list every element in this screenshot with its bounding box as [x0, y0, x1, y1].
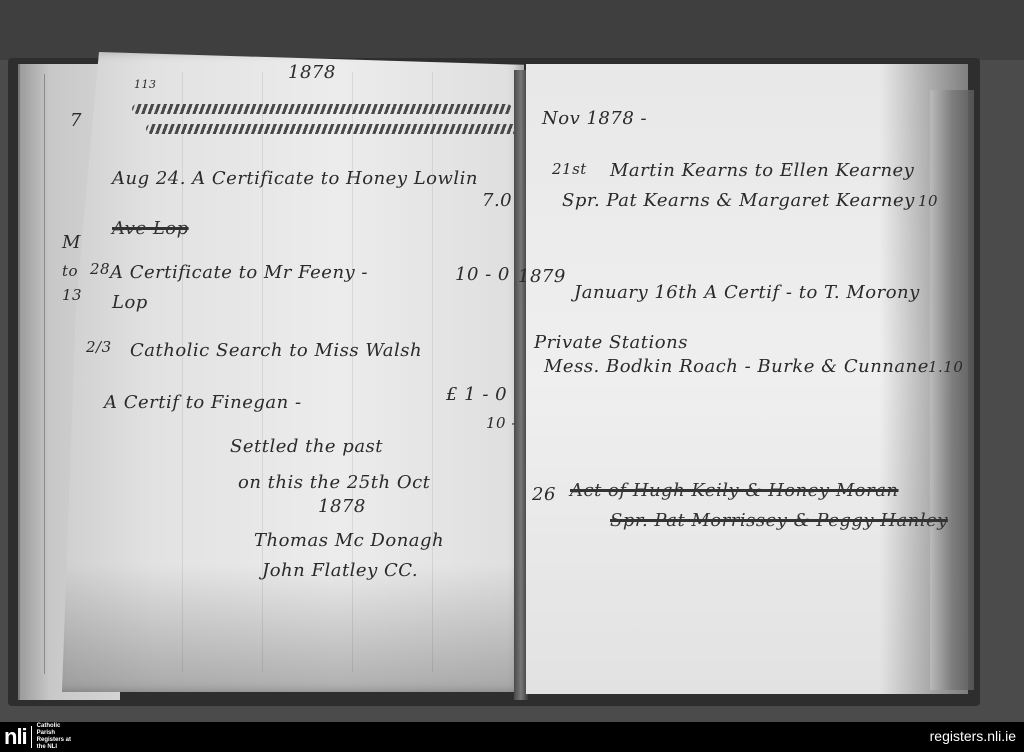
- entry-date: 21st: [552, 160, 587, 178]
- entry-text: Ave Lop: [112, 218, 189, 239]
- entry-year: 1879: [518, 266, 566, 287]
- entry-amount: 10 - 0: [455, 264, 510, 285]
- ruled-line: [262, 72, 263, 672]
- site-link[interactable]: registers.nli.ie: [930, 728, 1016, 744]
- settlement-year: 1878: [318, 496, 366, 517]
- entry-text: Aug 24. A Certificate to Honey Lowlin: [112, 168, 478, 189]
- footer-bar: nli Catholic Parish Registers at the NLI…: [0, 722, 1024, 752]
- year-heading: 1878: [288, 62, 336, 83]
- entry-text: Spr. Pat Morrissey & Peggy Hanley: [610, 510, 948, 531]
- margin-note: 13: [62, 286, 82, 304]
- logo-caption-line: Catholic Parish: [37, 723, 61, 736]
- right-register-page: [526, 64, 968, 694]
- entry-text: Act of Hugh Keily & Honey Moran: [570, 480, 899, 501]
- month-heading: Nov 1878 -: [542, 108, 647, 129]
- entry-amount: 10 -: [486, 414, 517, 432]
- entry-date: 28: [90, 260, 110, 278]
- logo-divider: [31, 726, 32, 748]
- viewer-top-band: [0, 0, 1024, 60]
- logo-caption-line: Registers at: [37, 737, 71, 743]
- entry-amount: 7.0: [482, 190, 512, 211]
- entry-text: Lop: [112, 292, 148, 313]
- signature: Thomas Mc Donagh: [254, 530, 444, 551]
- signature: John Flatley CC.: [262, 560, 418, 581]
- struck-entry: [146, 124, 522, 134]
- entry-amount: 10: [918, 192, 938, 210]
- logo-caption-line: the NLI: [37, 744, 57, 750]
- entry-text: January 16th A Certif - to T. Morony: [574, 282, 920, 303]
- entry-text: Martin Kearns to Ellen Kearney: [610, 160, 914, 181]
- image-viewer[interactable]: 7 M to 13 113 1878 Aug 24. A Certificate…: [0, 0, 1024, 722]
- margin-note: to: [62, 262, 78, 280]
- margin-note: M: [62, 232, 81, 253]
- page-number: 113: [134, 78, 157, 91]
- entry-date: 26: [532, 484, 556, 505]
- struck-entry: [132, 104, 512, 114]
- page-edge: [930, 90, 974, 690]
- entry-text: Mess. Bodkin Roach - Burke & Cunnane: [544, 356, 929, 377]
- nli-logo[interactable]: nli Catholic Parish Registers at the NLI: [4, 726, 77, 748]
- settlement-text: Settled the past: [230, 436, 383, 457]
- nli-logo-mark: nli: [4, 726, 27, 748]
- entry-text: A Certificate to Mr Feeny -: [110, 262, 368, 283]
- section-heading: Private Stations: [534, 332, 688, 353]
- settlement-text: on this the 25th Oct: [238, 472, 430, 493]
- ruled-line: [432, 72, 433, 672]
- margin-note: 7: [70, 110, 82, 131]
- logo-caption: Catholic Parish Registers at the NLI: [37, 723, 77, 751]
- entry-text: Spr. Pat Kearns & Margaret Kearney: [562, 190, 915, 211]
- entry-amount: £ 1 - 0 -: [446, 384, 520, 405]
- entry-text: A Certif to Finegan -: [104, 392, 302, 413]
- entry-text: Catholic Search to Miss Walsh: [130, 340, 422, 361]
- ruled-line: [182, 72, 183, 672]
- ruled-line: [352, 72, 353, 672]
- entry-date: 2/3: [86, 338, 112, 356]
- margin-rule: [44, 74, 45, 674]
- entry-amount: 1.10: [928, 358, 963, 376]
- left-register-page: [62, 52, 524, 692]
